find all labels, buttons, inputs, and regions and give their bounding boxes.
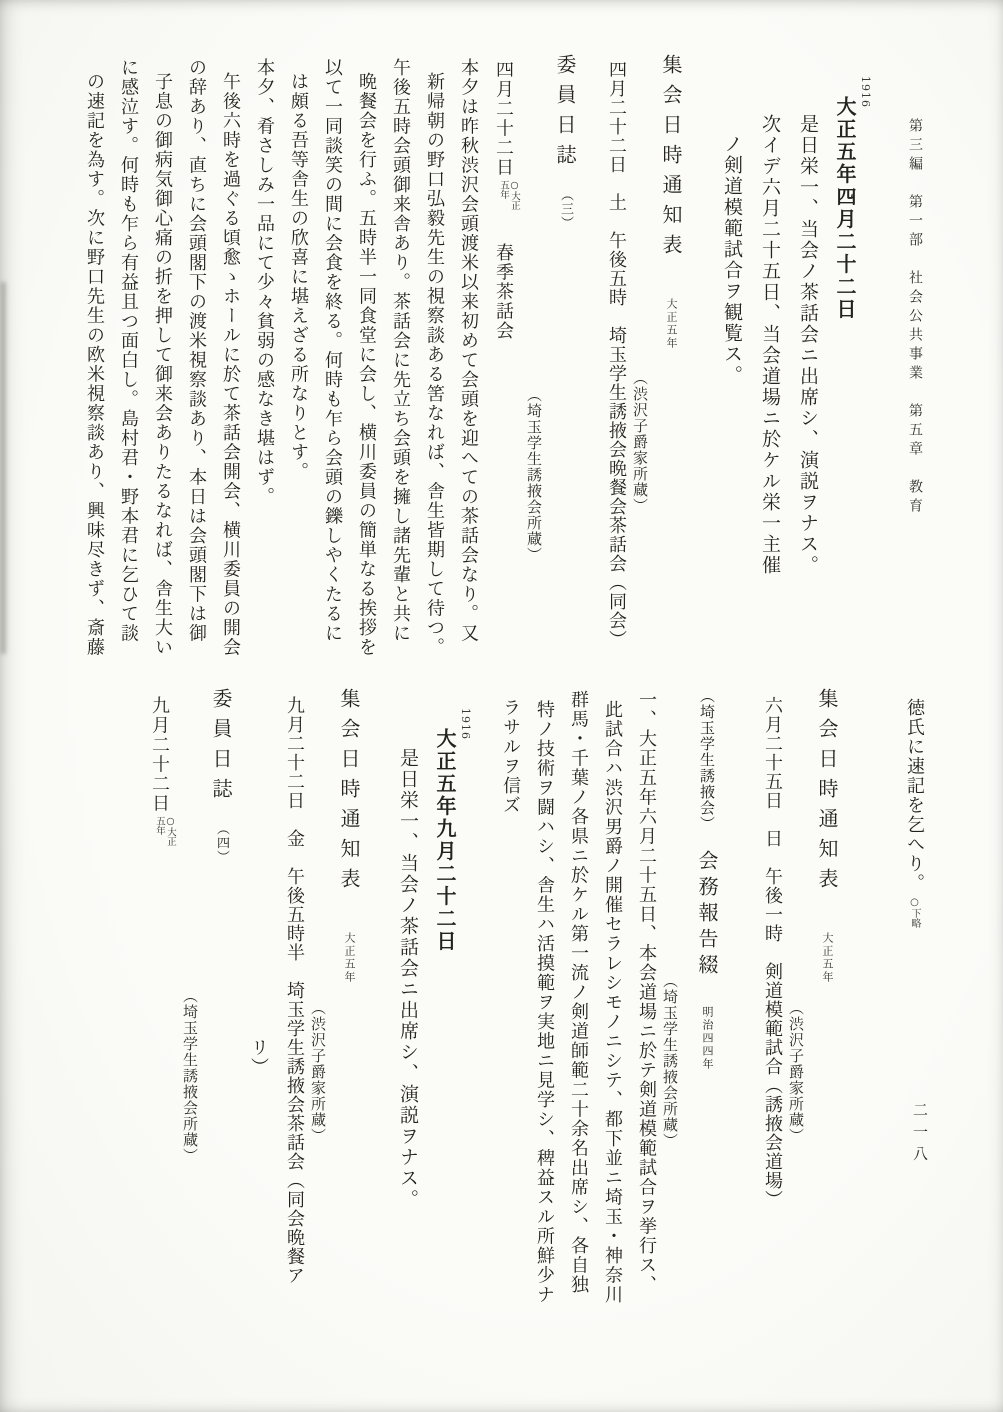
source-attribution: （埼玉学生誘掖会所蔵） — [519, 52, 541, 664]
diary-body-line: の辞あり、直ちに会頭閣下の渡米視察談あり、本日は会頭閣下は御 — [171, 52, 205, 664]
era-inline-note: ○大正五年 — [153, 816, 175, 846]
intro-line: 次イデ六月二十五日、当会道場ニ於ケル栄一主催 — [741, 52, 779, 664]
source-attribution: （渋沢子爵家所蔵） — [303, 688, 325, 1308]
diary-date: 九月二十二日 — [149, 696, 170, 813]
era-label: 大正五年 — [821, 932, 834, 984]
diary-body-line: 本夕は昨秋渋沢会頭渡米以来初めて会頭を迎へての茶話会なり。又 — [443, 52, 477, 664]
scanned-book-page: 第三編 第一部 社会公共事業 第五章 教育 二一八 1916 大正五年四月二十二… — [0, 0, 1003, 1412]
notice-title: 集会日時通知表 — [337, 688, 361, 898]
era-note-right: ○大正 — [164, 816, 175, 846]
organization-label: （埼玉学生誘掖会） — [698, 688, 716, 832]
section-june-september-1916: 徳氏に速記を乞へり。○下略 集会日時通知表 大正五年 （渋沢子爵家所蔵） 六月二… — [139, 688, 923, 1308]
diary-body-line: 午後五時会頭御来舎あり。茶話会に先立ち会頭を擁し諸先輩と共に — [375, 52, 409, 664]
date-heading: 大正五年九月二十二日 — [417, 688, 455, 1308]
diary-body-line: 午後六時を過ぐる頃愈ゝホールに於て茶話会開会、横川委員の開会 — [205, 52, 239, 664]
diary-title-column: 委員日誌 （四） — [197, 688, 231, 1308]
source-attribution: （埼玉学生誘掖会所蔵） — [175, 688, 197, 1308]
intro-line: 是日栄一、当会ノ茶話会ニ出席シ、演説ヲナス。 — [779, 52, 817, 664]
section-april-1916: 1916 大正五年四月二十二日 是日栄一、当会ノ茶話会ニ出席シ、演説ヲナス。 次… — [69, 52, 871, 664]
year-label: 1916 — [855, 52, 871, 664]
diary-title: 委員日誌 — [209, 688, 233, 808]
diary-number: （三） — [558, 188, 573, 230]
diary-date: 四月二十二日 — [493, 60, 514, 177]
diary-body-line: 本夕、肴さしみ一品にて少々貧弱の感なき堪はず。 — [239, 52, 273, 664]
notice-entry-wrap: リ） — [245, 688, 267, 1308]
diary-body-line: は頗る吾等舎生の欣喜に堪えざる所なりとす。 — [273, 52, 307, 664]
date-heading: 大正五年四月二十二日 — [817, 52, 855, 664]
diary-body-line: 晩餐会を行ふ。五時半一同食堂に会し、横川委員の簡単なる挨拶を — [341, 52, 375, 664]
continuation-text: 徳氏に速記を乞へり。 — [904, 698, 925, 893]
notice-title-column: 集会日時通知表 大正五年 — [647, 52, 681, 664]
source-attribution: （渋沢子爵家所蔵） — [625, 52, 647, 664]
notice-title: 集会日時通知表 — [815, 688, 839, 898]
era-label: 明治四四年 — [701, 1006, 714, 1071]
notice-title-column: 集会日時通知表 大正五年 — [325, 688, 359, 1308]
diary-continuation-column: 徳氏に速記を乞へり。○下略 — [885, 688, 923, 1308]
intro-line: 是日栄一、当会ノ茶話会ニ出席シ、演説ヲナス。 — [379, 688, 417, 1308]
era-note-right: ○大正 — [508, 180, 519, 210]
diary-body-line: 新帰朝の野口弘毅先生の視察談ある筈なれば、舎生皆期して待つ。 — [409, 52, 443, 664]
era-note-left: 五年 — [153, 816, 164, 846]
diary-number: （四） — [214, 822, 229, 864]
source-attribution: （埼玉学生誘掖会所蔵） — [655, 688, 677, 1308]
era-label: 大正五年 — [343, 932, 356, 984]
report-body-line: 此試合ハ渋沢男爵ノ開催セラレシモノニシテ、都下並ニ埼玉・神奈川 — [587, 688, 621, 1308]
diary-subtitle: 春季茶話会 — [493, 243, 514, 341]
chapter-header: 第三編 第一部 社会公共事業 第五章 教育 — [905, 118, 925, 517]
era-label: 大正五年 — [665, 298, 678, 350]
source-attribution: （渋沢子爵家所蔵） — [781, 688, 803, 1308]
scan-edge-artifact — [0, 282, 6, 654]
notice-title: 集会日時通知表 — [659, 54, 683, 264]
diary-date-column: 九月二十二日○大正五年 — [139, 688, 175, 1308]
diary-title-column: 委員日誌 （三） — [541, 52, 575, 664]
diary-date-column: 四月二十二日○大正五年 春季茶話会 — [483, 52, 519, 664]
diary-body-line: の速記を為す。次に野口先生の欧米視察談あり、興味尽きず、斎藤 — [69, 52, 103, 664]
diary-title: 委員日誌 — [553, 54, 577, 174]
report-body-line: 一、大正五年六月二十五日、本会道場ニ於テ剣道模範試合ヲ挙行ス、 — [621, 688, 655, 1308]
report-title-column: （埼玉学生誘掖会） 会務報告綴 明治四四年 — [677, 688, 717, 1308]
abridgment-note: ○下略 — [909, 897, 920, 928]
year-label: 1916 — [455, 688, 471, 1308]
era-note-left: 五年 — [497, 180, 508, 210]
notice-title-column: 集会日時通知表 大正五年 — [803, 688, 837, 1308]
notice-entry: 九月二十二日 金 午後五時半 埼玉学生誘掖会茶話会（同会晩餐ア — [267, 688, 303, 1308]
diary-body-line: に感泣す。何時も乍ら有益且つ面白し。島村君・野本君に乞ひて談 — [103, 52, 137, 664]
report-body-line: ラサルヲ信ズ — [485, 688, 519, 1308]
diary-body-line: 子息の御病気御心痛の折を押して御来会ありたるなれば、舎生大い — [137, 52, 171, 664]
diary-body-line: 以て一同談笑の間に会食を終る。何時も乍ら会頭の鑠しやくたるに — [307, 52, 341, 664]
report-title: 会務報告綴 — [695, 850, 719, 980]
report-body-line: 特ノ技術ヲ闘ハシ、舎生ハ活摸範ヲ実地ニ見学シ、稗益スル所鮮少ナ — [519, 688, 553, 1308]
era-inline-note: ○大正五年 — [497, 180, 519, 210]
notice-entry: 四月二十二日 土 午後五時 埼玉学生誘掖会晩餐会茶話会（同会） — [589, 52, 625, 664]
report-body-line: 群馬・千葉ノ各県ニ於ケル第一流ノ剣道師範二十余名出席シ、各自独 — [553, 688, 587, 1308]
intro-line: ノ剣道模範試合ヲ観覧ス。 — [703, 52, 741, 664]
notice-entry: 六月二十五日 日 午後一時 剣道模範試合（誘掖会道場） — [745, 688, 781, 1308]
